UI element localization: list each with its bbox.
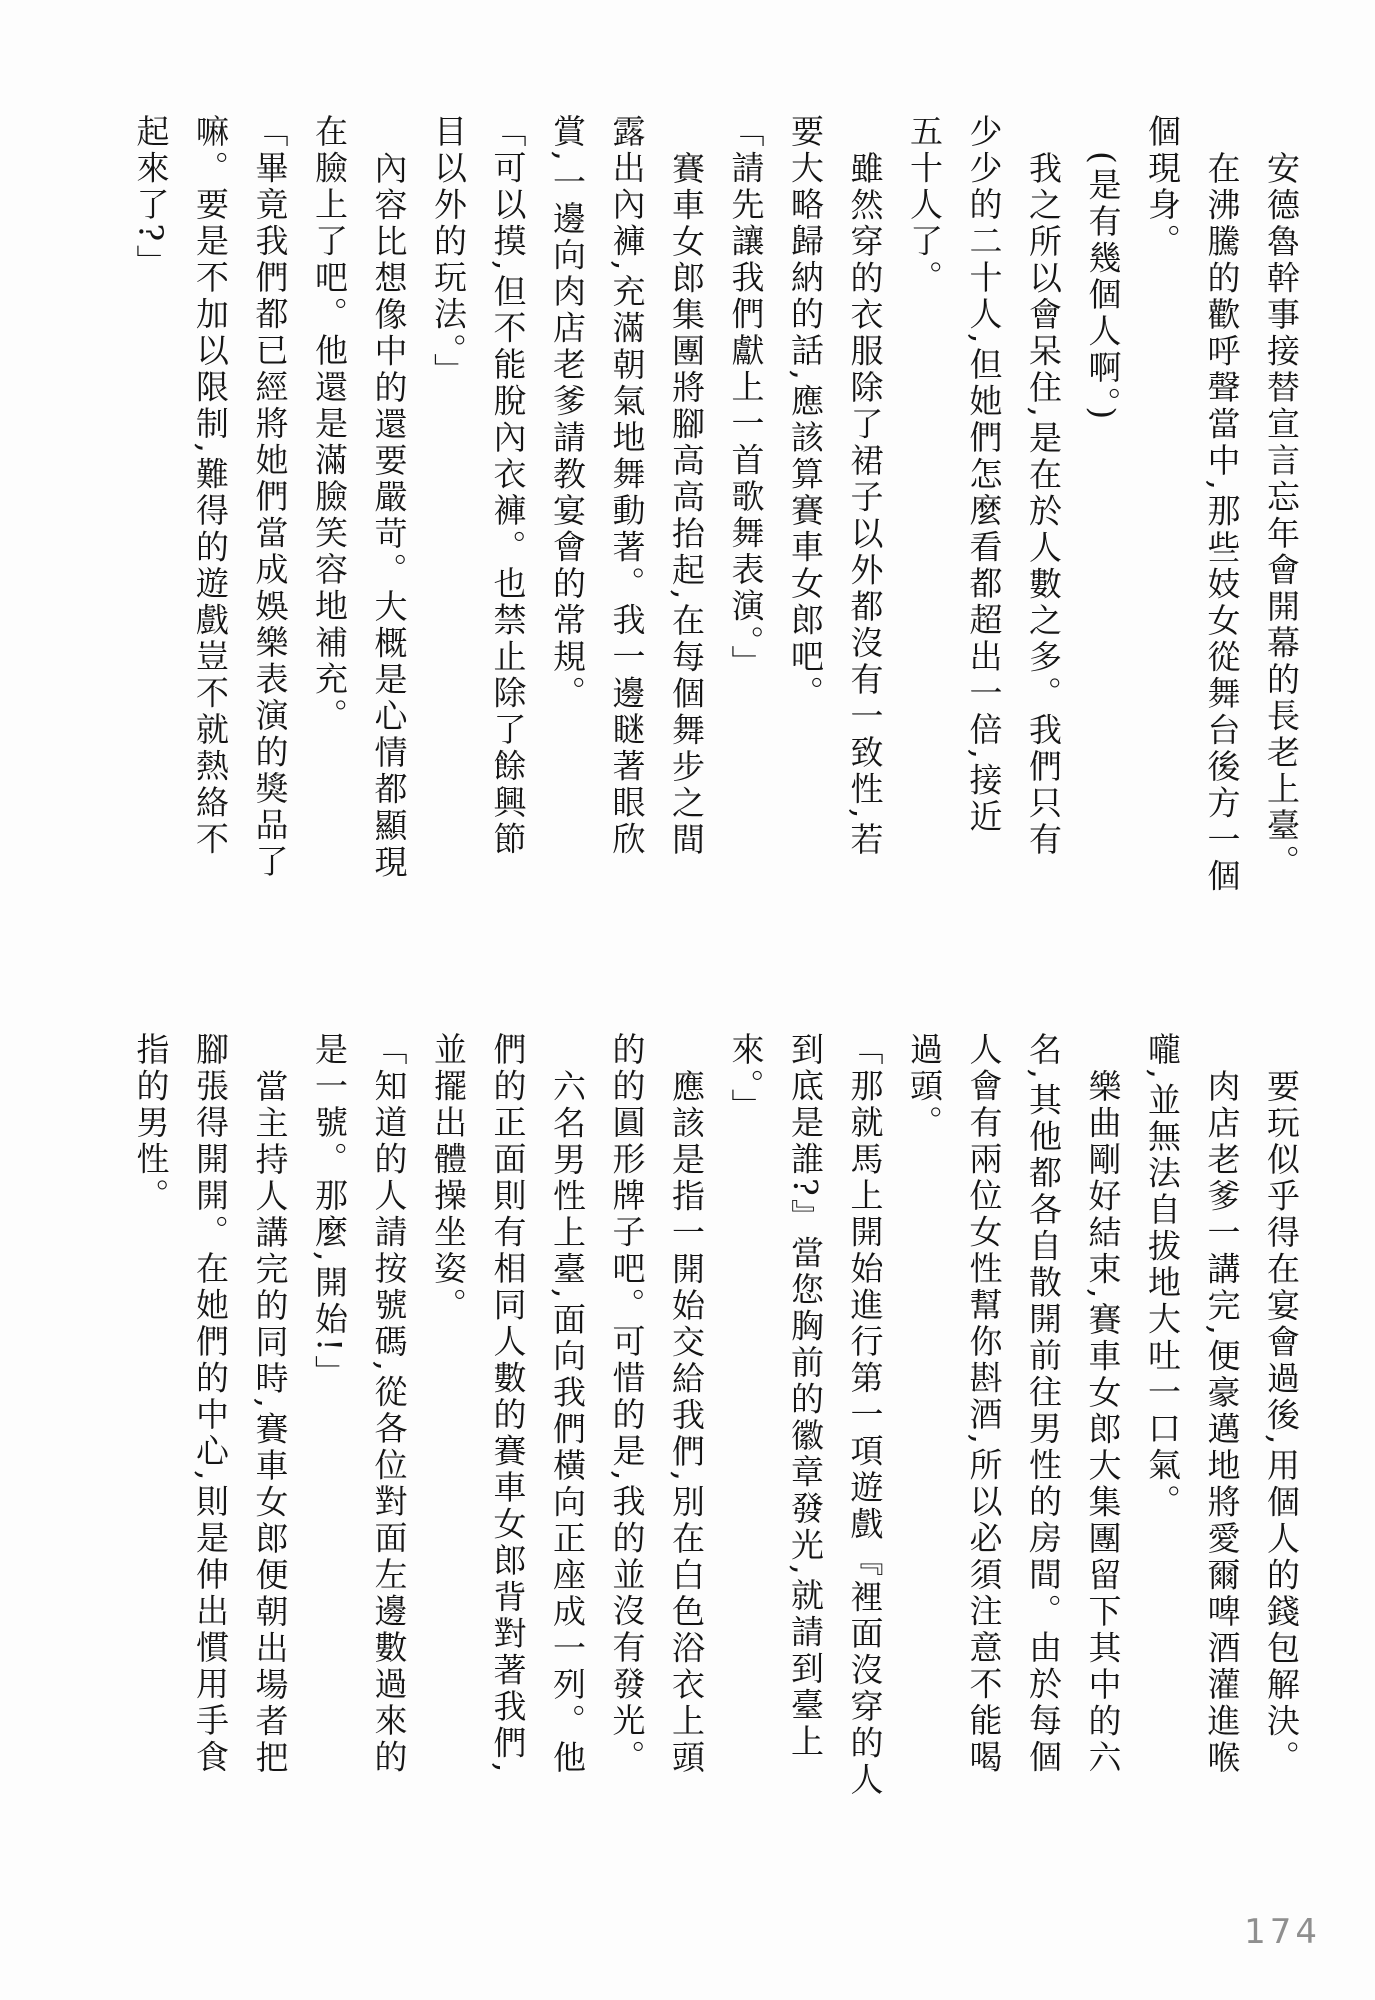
text-line: 內容比想像中的還要嚴苛。大概是心情都顯現 [359, 114, 419, 914]
text-line: 六名男性上臺,面向我們橫向正座成一列。他 [538, 1032, 598, 1884]
text-line: 到底是誰?』當您胸前的徽章發光,就請到臺上 [776, 1032, 836, 1884]
text-line: 個現身。 [1133, 114, 1193, 914]
lower-text-block: 要玩似乎得在宴會過後,用個人的錢包解決。肉店老爹一講完,便豪邁地將愛爾啤酒灌進喉… [121, 1032, 1311, 1884]
text-line: 來。」 [716, 1032, 776, 1884]
text-line: 「那就馬上開始進行第一項遊戲『裡面沒穿的人 [835, 1032, 895, 1884]
page-number: 174 [1244, 1912, 1321, 1952]
text-line: 嚨,並無法自拔地大吐一口氣。 [1133, 1032, 1193, 1884]
text-line: 樂曲剛好結束,賽車女郎大集團留下其中的六 [1073, 1032, 1133, 1884]
text-line: 「畢竟我們都已經將她們當成娛樂表演的獎品了 [240, 114, 300, 914]
text-line: 五十人了。 [895, 114, 955, 914]
text-line: 「請先讓我們獻上一首歌舞表演。」 [716, 114, 776, 914]
text-line: 並擺出體操坐姿。 [419, 1032, 479, 1884]
text-line: 賽車女郎集團將腳高高抬起,在每個舞步之間 [657, 114, 717, 914]
text-line: 指的男性。 [121, 1032, 181, 1884]
text-line: 露出內褲,充滿朝氣地舞動著。我一邊瞇著眼欣 [597, 114, 657, 914]
text-line: 人會有兩位女性幫你斟酒,所以必須注意不能喝 [954, 1032, 1014, 1884]
text-line: 雖然穿的衣服除了裙子以外都沒有一致性,若 [835, 114, 895, 914]
text-line: 過頭。 [895, 1032, 955, 1884]
text-line: 賞,一邊向肉店老爹請教宴會的常規。 [538, 114, 598, 914]
text-line: 我之所以會呆住,是在於人數之多。我們只有 [1014, 114, 1074, 914]
text-line: 要大略歸納的話,應該算賽車女郎吧。 [776, 114, 836, 914]
text-line: 在沸騰的歡呼聲當中,那些妓女從舞台後方一個 [1192, 114, 1252, 914]
text-line: 少少的二十人,但她們怎麼看都超出一倍,接近 [954, 114, 1014, 914]
text-line: 「可以摸,但不能脫內衣褲。也禁止除了餘興節 [478, 114, 538, 914]
text-line: 「知道的人請按號碼,從各位對面左邊數過來的 [359, 1032, 419, 1884]
text-line: 要玩似乎得在宴會過後,用個人的錢包解決。 [1252, 1032, 1312, 1884]
text-line: 起來了?」 [121, 114, 181, 914]
text-line: 目以外的玩法。」 [419, 114, 479, 914]
text-line: 嘛。要是不加以限制,難得的遊戲豈不就熱絡不 [181, 114, 241, 914]
text-line: 是一號。那麼,開始!」 [300, 1032, 360, 1884]
text-line: 的的圓形牌子吧。可惜的是,我的並沒有發光。 [597, 1032, 657, 1884]
text-line: 應該是指一開始交給我們,別在白色浴衣上頭 [657, 1032, 717, 1884]
text-line: 腳張得開開。在她們的中心,則是伸出慣用手食 [181, 1032, 241, 1884]
text-line: 安德魯幹事接替宣言忘年會開幕的長老上臺。 [1252, 114, 1312, 914]
upper-text-block: 安德魯幹事接替宣言忘年會開幕的長老上臺。在沸騰的歡呼聲當中,那些妓女從舞台後方一… [121, 114, 1311, 914]
text-line: 在臉上了吧。他還是滿臉笑容地補充。 [300, 114, 360, 914]
text-line: 們的正面則有相同人數的賽車女郎背對著我們, [478, 1032, 538, 1884]
book-page: 安德魯幹事接替宣言忘年會開幕的長老上臺。在沸騰的歡呼聲當中,那些妓女從舞台後方一… [0, 0, 1375, 2000]
text-line: (是有幾個人啊。) [1073, 114, 1133, 914]
text-line: 肉店老爹一講完,便豪邁地將愛爾啤酒灌進喉 [1192, 1032, 1252, 1884]
text-line: 當主持人講完的同時,賽車女郎便朝出場者把 [240, 1032, 300, 1884]
text-line: 名,其他都各自散開前往男性的房間。由於每個 [1014, 1032, 1074, 1884]
